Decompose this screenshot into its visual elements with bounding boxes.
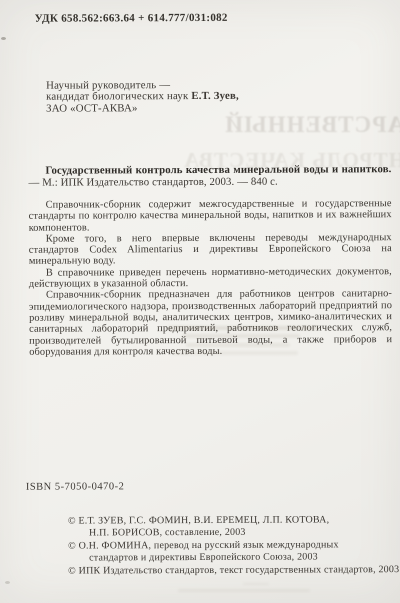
supervisor-company: ЗАО «ОСТ-АКВА» [46,103,239,115]
page-content: УДК 658.562:663.64 + 614.777/031:082 Нау… [0,0,400,603]
copyright-line: © ИПК Издательство стандартов, текст гос… [68,564,399,578]
udk-classification-code: УДК 658.562:663.64 + 614.777/031:082 [35,12,228,25]
book-imprint: — М.: ИПК Издательство стандартов, 2003.… [28,175,277,188]
book-imprint-page: ГОСУДАРСТВЕННЫЙ КОНТРОЛЬ КАЧЕСТВА УДК 65… [0,0,400,603]
copyright-block: © Е.Т. ЗУЕВ, Г.С. ФОМИН, В.И. ЕРЕМЕЦ, Л.… [68,514,399,577]
book-title: Государственный контроль качества минера… [45,163,391,177]
supervisor-name: Е.Т. Зуев, [191,90,239,102]
bibliographic-entry: Государственный контроль качества минера… [28,164,391,189]
isbn-number: ISBN 5-7050-0470-2 [26,481,125,492]
scientific-supervisor-block: Научный руководитель — кандидат биологич… [46,80,239,115]
annotation-paragraph: Справочник-сборник предназначен для рабо… [29,289,392,358]
annotation-block: Справочник-сборник содержит межгосударст… [29,198,393,358]
supervisor-degree: кандидат биологических наук [46,90,191,103]
annotation-paragraph: Кроме того, в него впервые включены пере… [29,232,392,267]
annotation-paragraph: Справочник-сборник содержит межгосударст… [29,198,392,233]
annotation-paragraph: В справочнике приведен перечень норматив… [29,266,392,290]
